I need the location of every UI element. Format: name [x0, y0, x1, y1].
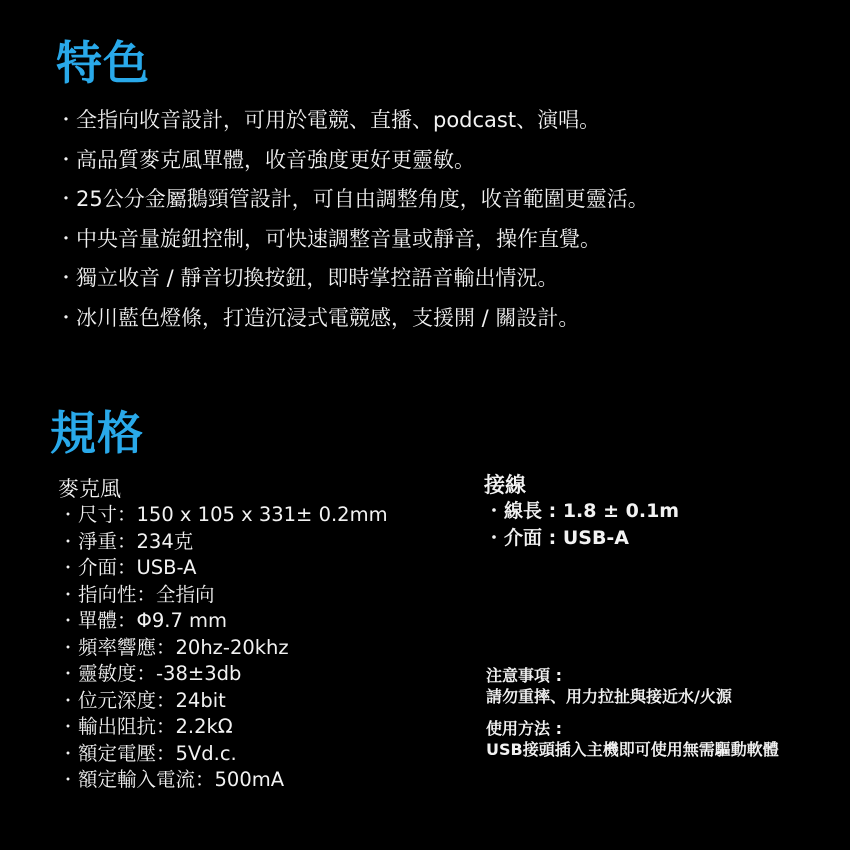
cable-spec-list: ・線長 : 1.8 ± 0.1m ・介面 : USB-A — [484, 498, 679, 551]
bullet-icon: ・ — [484, 525, 504, 552]
bullet-icon: ・ — [58, 741, 78, 768]
spec-item: ・靈敏度：-38±3db — [58, 661, 388, 688]
bullet-icon: ・ — [58, 714, 78, 741]
usage-note: 使用方法 : USB接頭插入主機即可使用無需驅動軟體 — [486, 718, 779, 760]
spec-item: ・介面 : USB-A — [484, 525, 679, 552]
bullet-icon: ・ — [58, 635, 78, 662]
bullet-icon: ・ — [58, 767, 78, 794]
spec-text: 單體：Φ9.7 mm — [78, 608, 227, 635]
spec-item: ・額定輸入電流：500mA — [58, 767, 388, 794]
caution-title: 注意事項 : — [486, 665, 732, 686]
spec-item: ・單體：Φ9.7 mm — [58, 608, 388, 635]
bullet-icon: ・ — [484, 498, 504, 525]
cable-specs: 接線 ・線長 : 1.8 ± 0.1m ・介面 : USB-A — [484, 472, 679, 551]
microphone-specs: 麥克風 ・尺寸：150 x 105 x 331± 0.2mm ・淨重：234克 … — [58, 476, 388, 794]
bullet-icon: ・ — [56, 101, 76, 141]
spec-text: 淨重：234克 — [78, 529, 193, 556]
feature-text: 全指向收音設計，可用於電競、直播、podcast、演唱。 — [76, 101, 600, 141]
spec-item: ・額定電壓：5Vd.c. — [58, 741, 388, 768]
spec-item: ・位元深度：24bit — [58, 688, 388, 715]
cable-title: 接線 — [484, 472, 679, 498]
microphone-title: 麥克風 — [58, 476, 388, 502]
spec-text: 介面 : USB-A — [504, 525, 629, 552]
feature-text: 獨立收音 / 靜音切換按鈕，即時掌控語音輸出情況。 — [76, 259, 558, 299]
feature-item: ・25公分金屬鵝頸管設計，可自由調整角度，收音範圍更靈活。 — [56, 180, 649, 220]
bullet-icon: ・ — [58, 502, 78, 529]
feature-item: ・中央音量旋鈕控制，可快速調整音量或靜音，操作直覺。 — [56, 220, 649, 260]
spec-text: 頻率響應：20hz-20khz — [78, 635, 289, 662]
feature-item: ・獨立收音 / 靜音切換按鈕，即時掌控語音輸出情況。 — [56, 259, 649, 299]
bullet-icon: ・ — [56, 259, 76, 299]
bullet-icon: ・ — [58, 688, 78, 715]
spec-text: 指向性：全指向 — [78, 582, 215, 609]
caution-note: 注意事項 : 請勿重摔、用力拉扯與接近水/火源 — [486, 665, 732, 707]
usage-text: USB接頭插入主機即可使用無需驅動軟體 — [486, 739, 779, 760]
spec-item: ・輸出阻抗：2.2kΩ — [58, 714, 388, 741]
feature-text: 中央音量旋鈕控制，可快速調整音量或靜音，操作直覺。 — [76, 220, 601, 260]
feature-item: ・全指向收音設計，可用於電競、直播、podcast、演唱。 — [56, 101, 649, 141]
spec-item: ・淨重：234克 — [58, 529, 388, 556]
spec-item: ・線長 : 1.8 ± 0.1m — [484, 498, 679, 525]
bullet-icon: ・ — [58, 661, 78, 688]
spec-item: ・尺寸：150 x 105 x 331± 0.2mm — [58, 502, 388, 529]
bullet-icon: ・ — [56, 141, 76, 181]
caution-text: 請勿重摔、用力拉扯與接近水/火源 — [486, 686, 732, 707]
spec-text: 輸出阻抗：2.2kΩ — [78, 714, 233, 741]
feature-item: ・冰川藍色燈條，打造沉浸式電競感，支援開 / 關設計。 — [56, 299, 649, 339]
feature-text: 冰川藍色燈條，打造沉浸式電競感，支援開 / 關設計。 — [76, 299, 579, 339]
bullet-icon: ・ — [56, 220, 76, 260]
spec-text: 線長 : 1.8 ± 0.1m — [504, 498, 679, 525]
feature-item: ・高品質麥克風單體，收音強度更好更靈敏。 — [56, 141, 649, 181]
bullet-icon: ・ — [58, 529, 78, 556]
bullet-icon: ・ — [58, 555, 78, 582]
spec-item: ・頻率響應：20hz-20khz — [58, 635, 388, 662]
microphone-spec-list: ・尺寸：150 x 105 x 331± 0.2mm ・淨重：234克 ・介面：… — [58, 502, 388, 794]
specs-title: 規格 — [50, 408, 144, 458]
feature-list: ・全指向收音設計，可用於電競、直播、podcast、演唱。 ・高品質麥克風單體，… — [56, 101, 649, 339]
bullet-icon: ・ — [58, 582, 78, 609]
spec-item: ・介面：USB-A — [58, 555, 388, 582]
spec-text: 介面：USB-A — [78, 555, 196, 582]
spec-item: ・指向性：全指向 — [58, 582, 388, 609]
feature-text: 高品質麥克風單體，收音強度更好更靈敏。 — [76, 141, 475, 181]
feature-text: 25公分金屬鵝頸管設計，可自由調整角度，收音範圍更靈活。 — [76, 180, 649, 220]
features-title: 特色 — [56, 38, 150, 88]
bullet-icon: ・ — [58, 608, 78, 635]
bullet-icon: ・ — [56, 180, 76, 220]
spec-text: 靈敏度：-38±3db — [78, 661, 241, 688]
spec-text: 位元深度：24bit — [78, 688, 226, 715]
spec-text: 額定輸入電流：500mA — [78, 767, 284, 794]
spec-text: 額定電壓：5Vd.c. — [78, 741, 237, 768]
usage-title: 使用方法 : — [486, 718, 779, 739]
spec-text: 尺寸：150 x 105 x 331± 0.2mm — [78, 502, 388, 529]
bullet-icon: ・ — [56, 299, 76, 339]
